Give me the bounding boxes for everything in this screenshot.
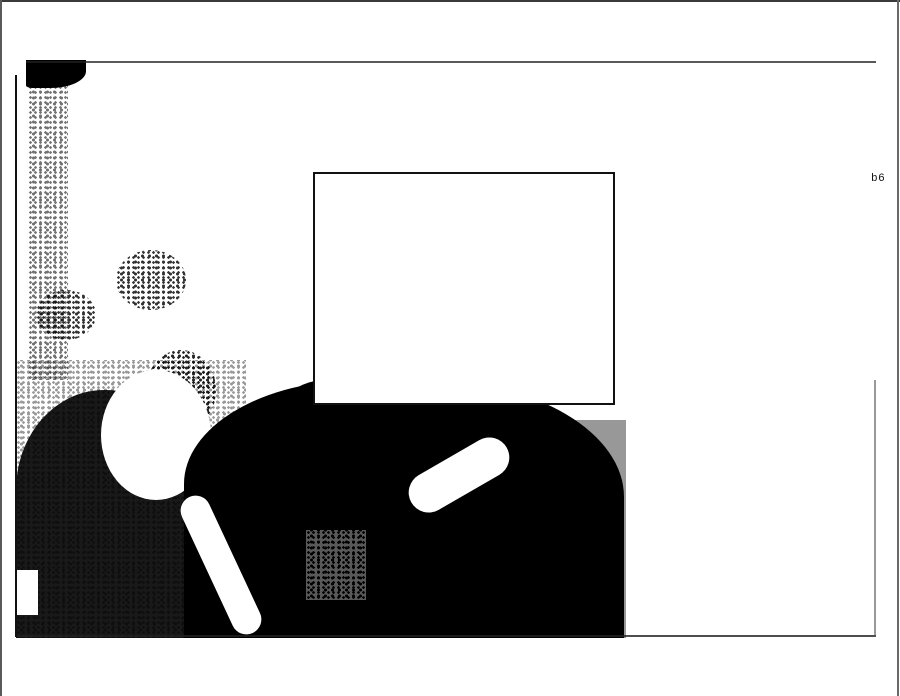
photo-texture — [116, 250, 186, 310]
photo-frame-top — [26, 61, 876, 63]
photo-light-region — [16, 570, 38, 615]
page-border-right — [897, 0, 899, 696]
photo-frame-right — [874, 380, 876, 637]
photo-frame-left — [15, 75, 17, 637]
page-border-top — [0, 0, 900, 2]
photo-texture — [36, 290, 96, 340]
photo-frame-bottom — [16, 635, 876, 637]
foia-exemption-code: b6 — [871, 173, 885, 185]
photo-texture — [306, 530, 366, 600]
photo-texture — [556, 420, 626, 638]
page-border-left — [0, 0, 2, 696]
redaction-box — [313, 172, 615, 405]
